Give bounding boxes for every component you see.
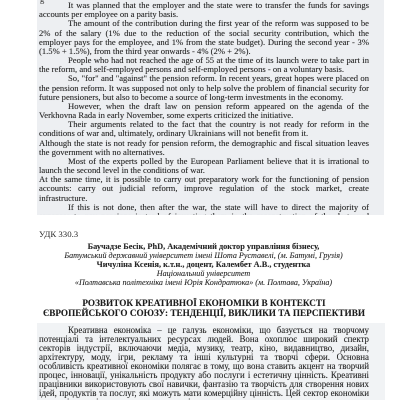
paragraph: People who had not reached the age of 55… <box>39 56 369 74</box>
author-line: Чичуліна Ксенія, к.т.н., доцент, Калембе… <box>37 260 370 269</box>
paragraph: It was planned that the employer and the… <box>39 1 369 19</box>
scanned-text-region-bottom: Креативна економіка – це галузь економік… <box>37 323 385 400</box>
article-title: РОЗВИТОК КРЕАТИВНОЇ ЕКОНОМІКИ В КОНТЕКСТ… <box>39 298 369 319</box>
paragraph: If this is not done, then after the war,… <box>39 203 369 215</box>
paragraph: At the same time, it is possible to carr… <box>39 175 369 203</box>
author-line: Баучадзе Бесік, PhD, Академічний доктор … <box>37 242 370 251</box>
affiliation-line: «Полтавська політехніка імені Юрія Кондр… <box>37 278 370 287</box>
paragraph: So, "for" and "against" the pension refo… <box>39 74 369 102</box>
affiliation-line: Батумський державний університет імені Ш… <box>37 251 370 260</box>
paragraph: However, when the draft law on pension r… <box>39 102 369 120</box>
document-page: g It was planned that the employer and t… <box>0 0 400 400</box>
english-text-column: It was planned that the employer and the… <box>39 1 369 215</box>
affiliation-line: Національний університет <box>37 269 370 278</box>
authors-block: Баучадзе Бесік, PhD, Академічний доктор … <box>37 242 370 287</box>
abstract-paragraph: Креативна економіка – це галузь економік… <box>39 326 369 400</box>
scanned-text-region-top: g It was planned that the employer and t… <box>37 0 384 215</box>
paragraph: The amount of the contribution during th… <box>39 19 369 56</box>
paragraph: Their arguments related to the fact that… <box>39 120 369 138</box>
paragraph: Although the state is not ready for pens… <box>39 139 369 157</box>
udc-code: УДК 330.3 <box>39 229 78 239</box>
paragraph: Most of the experts polled by the Europe… <box>39 157 369 175</box>
